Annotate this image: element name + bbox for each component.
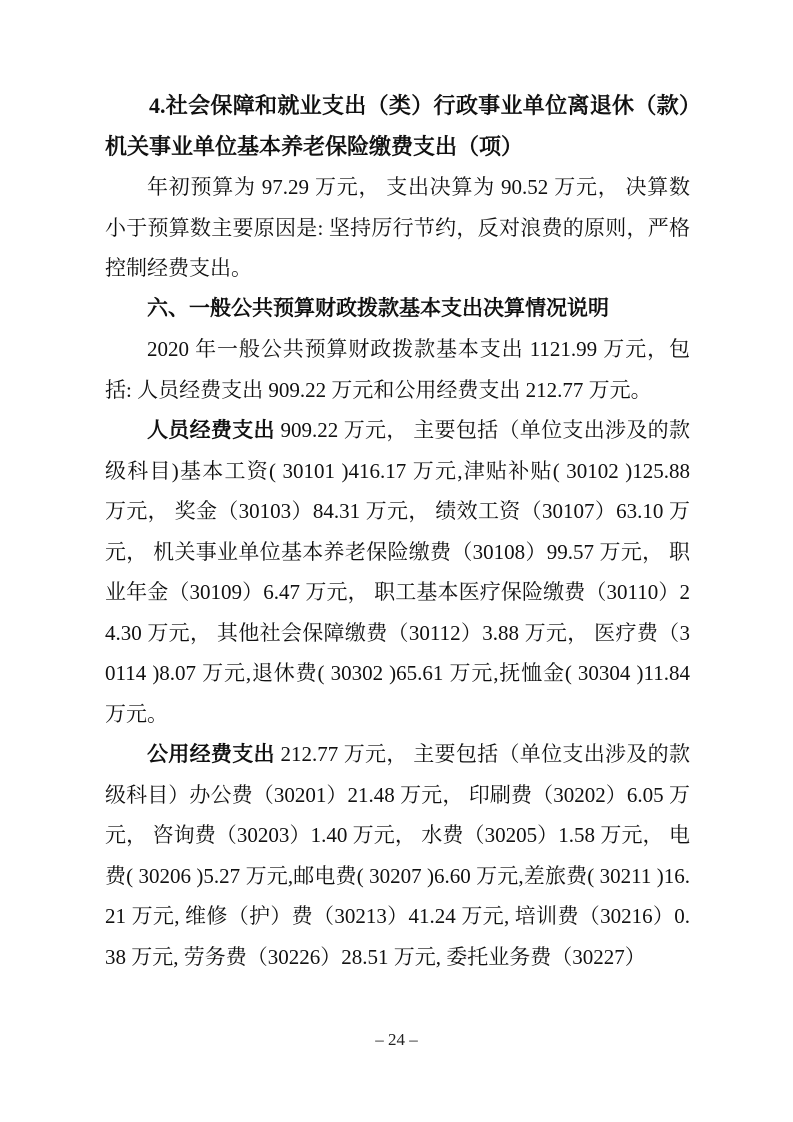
section-heading-social-security: 4.社会保障和就业支出（类）行政事业单位离退休（款）机关事业单位基本养老保险缴费… <box>105 86 690 167</box>
paragraph-overview: 2020 年一般公共预算财政拨款基本支出 1121.99 万元，包括: 人员经费… <box>105 329 690 410</box>
page-number: – 24 – <box>375 1030 418 1049</box>
page-footer: – 24 – <box>0 1030 793 1050</box>
public-expenses-label: 公用经费支出 <box>147 742 275 766</box>
paragraph-personnel-expenses: 人员经费支出 909.22 万元， 主要包括（单位支出涉及的款级科目)基本工资(… <box>105 410 690 734</box>
paragraph-budget-explanation: 年初预算为 97.29 万元， 支出决算为 90.52 万元， 决算数小于预算数… <box>105 167 690 289</box>
paragraph-public-expenses: 公用经费支出 212.77 万元， 主要包括（单位支出涉及的款级科目）办公费（3… <box>105 734 690 977</box>
document-content: 4.社会保障和就业支出（类）行政事业单位离退休（款）机关事业单位基本养老保险缴费… <box>105 86 690 977</box>
personnel-expenses-detail: 909.22 万元， 主要包括（单位支出涉及的款级科目)基本工资( 30101 … <box>105 418 690 726</box>
document-page: 4.社会保障和就业支出（类）行政事业单位离退休（款）机关事业单位基本养老保险缴费… <box>0 0 793 1122</box>
public-expenses-detail: 212.77 万元， 主要包括（单位支出涉及的款级科目）办公费（30201）21… <box>105 742 690 969</box>
personnel-expenses-label: 人员经费支出 <box>147 418 275 442</box>
section-heading-basic-expenditure: 六、一般公共预算财政拨款基本支出决算情况说明 <box>105 289 690 330</box>
